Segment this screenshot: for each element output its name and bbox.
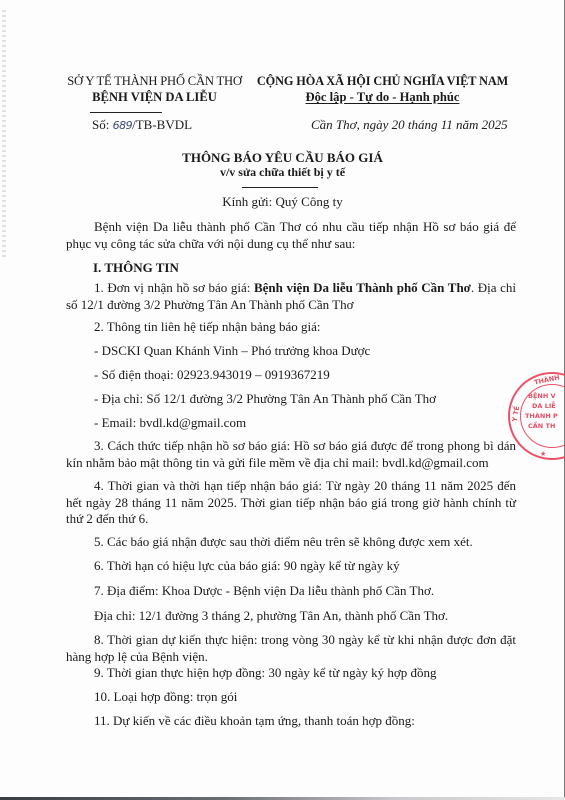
item-7: 7. Địa điểm: Khoa Dược - Bệnh viện Da li… — [94, 583, 434, 599]
seal-line-4: CẦN TH — [528, 422, 555, 430]
item-9: 9. Thời gian thực hiện hợp đồng: 30 ngày… — [94, 665, 436, 681]
contact-phone: - Số điện thoại: 02923.943019 – 09193672… — [94, 367, 330, 383]
place-and-date: Cần Thơ, ngày 20 tháng 11 năm 2025 — [311, 117, 508, 133]
seal-line-2: DA LIỄ — [532, 402, 556, 410]
document-title: THÔNG BÁO YÊU CẦU BÁO GIÁ — [0, 150, 565, 166]
contact-person: - DSCKI Quan Khánh Vinh – Phó trưởng kho… — [94, 343, 370, 359]
item-2: 2. Thông tin liên hệ tiếp nhận bảng báo … — [94, 319, 321, 335]
item-7-address: Địa chỉ: 12/1 đường 3 tháng 2, phường Tâ… — [94, 608, 448, 624]
item-11: 11. Dự kiến về các điều khoản tạm ứng, t… — [94, 713, 415, 729]
title-underline — [242, 187, 318, 188]
document-number: Số: 689/TB-BVDL — [92, 117, 192, 133]
item-10: 10. Loại hợp đồng: trọn gói — [94, 689, 237, 705]
greeting: Kính gửi: Quý Công ty — [0, 194, 565, 210]
item-4: 4. Thời gian và thời hạn tiếp nhận báo g… — [66, 478, 516, 528]
doc-number-suffix: /TB-BVDL — [132, 117, 192, 132]
organization-name: BỆNH VIỆN DA LIỄU — [52, 89, 257, 105]
official-seal-stamp: THÀNH Y TẾ BỆNH V DA LIỄ THÀNH P CẦN TH … — [508, 372, 565, 460]
scan-artifact-edge — [2, 10, 6, 260]
doc-number-prefix: Số: — [92, 117, 113, 132]
item-6: 6. Thời hạn có hiệu lực của báo giá: 90 … — [94, 558, 400, 574]
agency-name: SỞ Y TẾ THÀNH PHỐ CẦN THƠ — [52, 73, 257, 89]
item-1-org: Bệnh viện Da liễu Thành phố Cần Thơ — [254, 280, 471, 295]
national-motto: Độc lập - Tự do - Hạnh phúc — [255, 89, 510, 105]
document-subtitle: v/v sửa chữa thiết bị y tế — [0, 165, 565, 180]
item-1-label: 1. Đơn vị nhận hồ sơ báo giá: — [94, 280, 254, 295]
issuer-block: SỞ Y TẾ THÀNH PHỐ CẦN THƠ BỆNH VIỆN DA L… — [52, 73, 257, 105]
intro-paragraph: Bệnh viện Da liễu thành phố Cần Thơ có n… — [66, 219, 516, 252]
issuer-underline — [90, 112, 162, 113]
seal-line-1: BỆNH V — [528, 392, 556, 400]
contact-address: - Địa chỉ: Số 12/1 đường 3/2 Phường Tân … — [94, 391, 436, 407]
seal-line-3: THÀNH P — [525, 412, 558, 420]
contact-email: - Email: bvdl.kd@gmail.com — [94, 415, 246, 431]
doc-number-handwritten: 689 — [113, 119, 133, 132]
section-heading: I. THÔNG TIN — [93, 260, 179, 276]
document-page: SỞ Y TẾ THÀNH PHỐ CẦN THƠ BỆNH VIỆN DA L… — [0, 0, 565, 800]
item-5: 5. Các báo giá nhận được sau thời điểm n… — [94, 534, 473, 550]
seal-star-icon: ★ — [540, 450, 546, 458]
item-3: 3. Cách thức tiếp nhận hồ sơ báo giá: Hồ… — [66, 438, 516, 471]
national-header: CỘNG HÒA XÃ HỘI CHỦ NGHĨA VIỆT NAM Độc l… — [255, 73, 510, 105]
item-8: 8. Thời gian dự kiến thực hiện: trong vò… — [66, 632, 516, 665]
country-name: CỘNG HÒA XÃ HỘI CHỦ NGHĨA VIỆT NAM — [255, 73, 510, 89]
item-1: 1. Đơn vị nhận hồ sơ báo giá: Bệnh viện … — [66, 280, 516, 313]
